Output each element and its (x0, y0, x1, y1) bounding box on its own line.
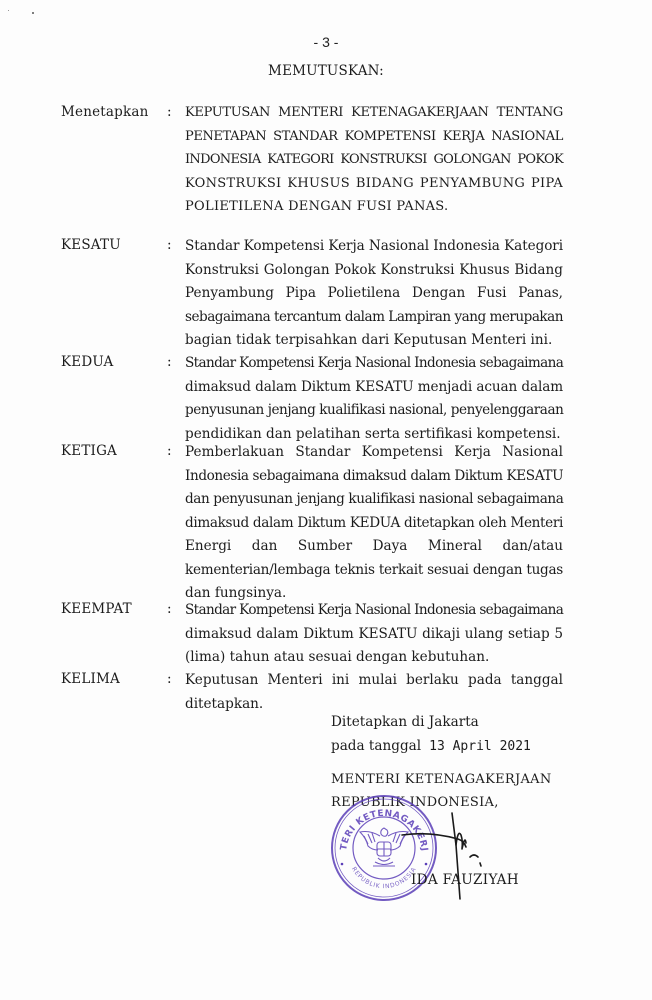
section-label: KELIMA (61, 671, 120, 687)
section-body: Standar Kompetensi Kerja Nasional Indone… (185, 601, 563, 672)
section-text-line: Keputusan Menteri ini mulai berlaku pada… (185, 671, 563, 695)
section-text-line: Penyambung Pipa Polietilena Dengan Fusi … (185, 284, 563, 308)
section-text-line: Konstruksi Golongan Pokok Konstruksi Khu… (185, 261, 563, 285)
section-text-line: PENETAPAN STANDAR KOMPETENSI KERJA NASIO… (185, 128, 563, 152)
section-text-line: POLIETILENA DENGAN FUSI PANAS. (185, 198, 563, 222)
section-body: KEPUTUSAN MENTERI KETENAGAKERJAAN TENTAN… (185, 104, 563, 222)
section-separator: : (167, 237, 172, 253)
section-separator: : (167, 443, 172, 459)
date-value: 13 April 2021 (429, 739, 531, 754)
section-text-line: KONSTRUKSI KHUSUS BIDANG PENYAMBUNG PIPA (185, 175, 563, 199)
section-body: Standar Kompetensi Kerja Nasional Indone… (185, 354, 563, 448)
section-text-line: dimaksud dalam Diktum KESATU dikaji ulan… (185, 625, 563, 649)
section-label: KESATU (61, 237, 121, 253)
section-text-line: Pemberlakuan Standar Kompetensi Kerja Na… (185, 443, 563, 467)
section-separator: : (167, 671, 172, 687)
decision-heading: MEMUTUSKAN: (0, 63, 652, 79)
section-text-line: (lima) tahun atau sesuai dengan kebutuha… (185, 648, 563, 672)
section-label: KETIGA (61, 443, 117, 459)
section-separator: : (167, 354, 172, 370)
section-text-line: kementerian/lembaga teknis terkait sesua… (185, 561, 563, 585)
section-label: Menetapkan (61, 104, 149, 120)
section-text-line: Energi dan Sumber Daya Mineral dan/atau (185, 537, 563, 561)
section-text-line: dimaksud dalam Diktum KEDUA ditetapkan o… (185, 514, 563, 538)
enactment-date: pada tanggal13 April 2021 (331, 737, 591, 756)
section-body: Standar Kompetensi Kerja Nasional Indone… (185, 237, 563, 355)
section-text-line: Standar Kompetensi Kerja Nasional Indone… (185, 354, 563, 378)
section-text-line: Standar Kompetensi Kerja Nasional Indone… (185, 601, 563, 625)
scan-speck (8, 10, 9, 11)
section-text-line: Indonesia sebagaimana dimaksud dalam Dik… (185, 467, 563, 491)
section-text-line: KEPUTUSAN MENTERI KETENAGAKERJAAN TENTAN… (185, 104, 563, 128)
page-number: - 3 - (0, 34, 652, 50)
handwritten-signature (400, 805, 510, 900)
section-text-line: sebagaimana tercantum dalam Lampiran yan… (185, 308, 563, 332)
section-separator: : (167, 104, 172, 120)
section-text-line: bagian tidak terpisahkan dari Keputusan … (185, 331, 563, 355)
document-page: - 3 - MEMUTUSKAN: Menetapkan:KEPUTUSAN M… (0, 0, 652, 1000)
section-label: KEDUA (61, 354, 113, 370)
place-of-enactment: Ditetapkan di Jakarta (331, 713, 591, 731)
section-text-line: dan penyusunan jenjang kualifikasi nasio… (185, 490, 563, 514)
scan-speck (32, 12, 34, 14)
section-body: Pemberlakuan Standar Kompetensi Kerja Na… (185, 443, 563, 608)
section-body: Keputusan Menteri ini mulai berlaku pada… (185, 671, 563, 718)
office-title-line1: MENTERI KETENAGAKERJAAN (331, 771, 591, 789)
section-separator: : (167, 601, 172, 617)
section-text-line: dimaksud dalam Diktum KESATU menjadi acu… (185, 378, 563, 402)
date-label: pada tanggal (331, 738, 421, 754)
section-text-line: INDONESIA KATEGORI KONSTRUKSI GOLONGAN P… (185, 151, 563, 175)
section-text-line: penyusunan jenjang kualifikasi nasional,… (185, 401, 563, 425)
section-text-line: Standar Kompetensi Kerja Nasional Indone… (185, 237, 563, 261)
section-label: KEEMPAT (61, 601, 132, 617)
